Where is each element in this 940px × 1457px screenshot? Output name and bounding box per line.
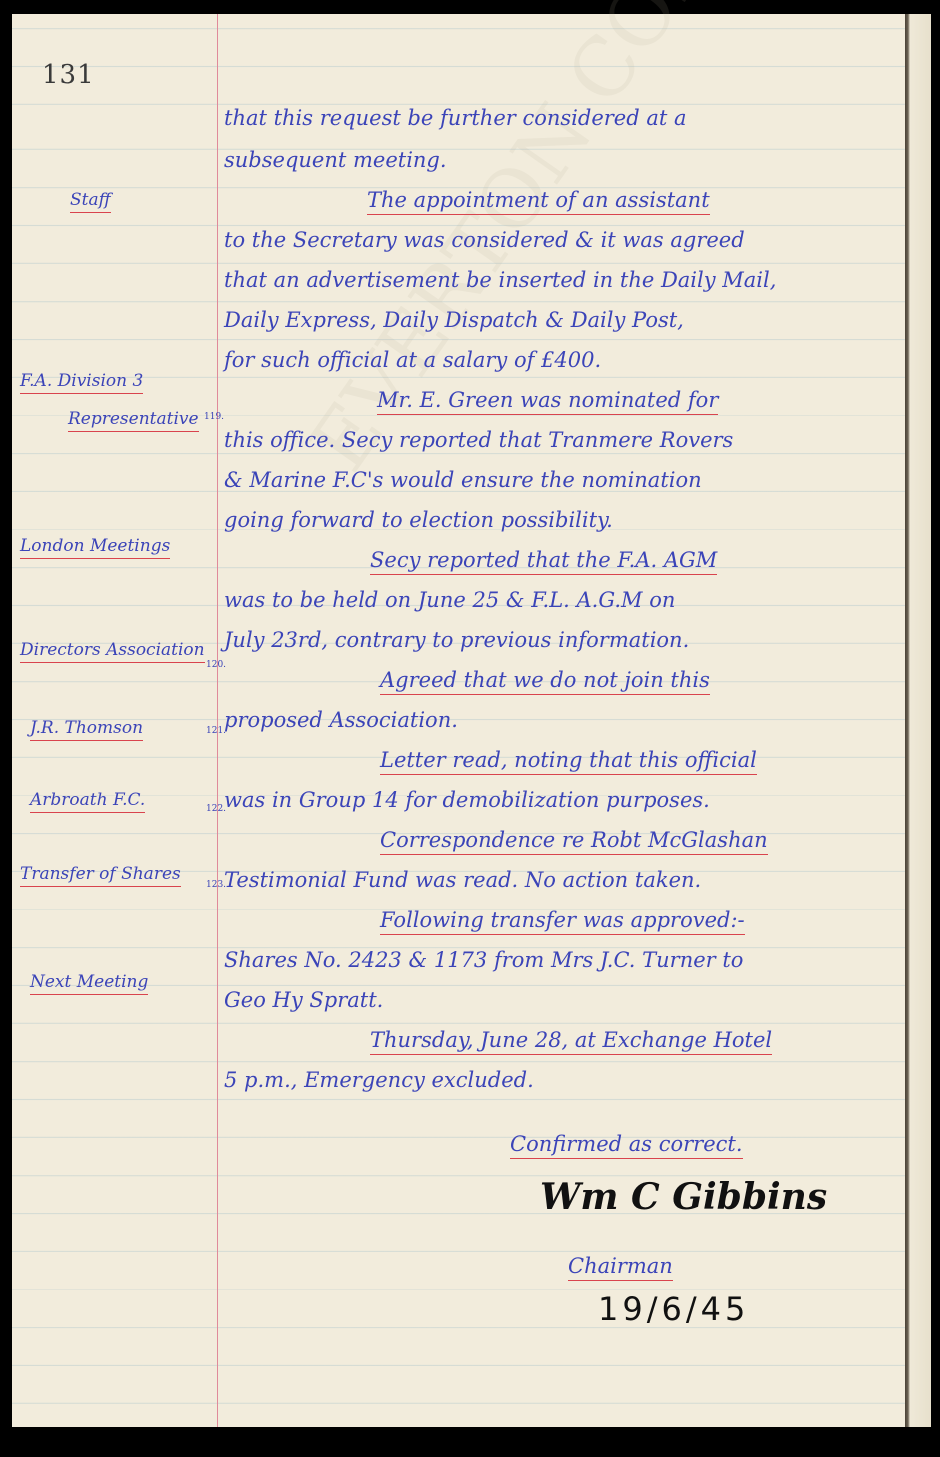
chairman-title: Chairman	[568, 1254, 673, 1281]
margin-note-jr-thomson: J.R. Thomson	[30, 718, 143, 741]
chairman-signature: Wm C Gibbins	[540, 1176, 827, 1218]
body-line: Daily Express, Daily Dispatch & Daily Po…	[224, 308, 684, 332]
body-line: Following transfer was approved:-	[380, 908, 745, 935]
margin-ref: 120.	[206, 660, 226, 670]
body-line: July 23rd, contrary to previous informat…	[224, 628, 689, 652]
book-binding-edge	[905, 14, 931, 1427]
body-line: Geo Hy Spratt.	[224, 988, 383, 1012]
body-line: proposed Association.	[224, 708, 458, 732]
body-line: The appointment of an assistant	[367, 188, 710, 215]
body-line: Secy reported that the F.A. AGM	[370, 548, 717, 575]
signature-date: 19/6/45	[598, 1290, 749, 1328]
body-line: 5 p.m., Emergency excluded.	[224, 1068, 534, 1092]
margin-note-london-meetings: London Meetings	[20, 536, 170, 559]
margin-note-arbroath: Arbroath F.C.	[30, 790, 145, 813]
body-line: Agreed that we do not join this	[380, 668, 710, 695]
body-line: & Marine F.C's would ensure the nominati…	[224, 468, 702, 492]
margin-ref: 119.	[204, 412, 224, 422]
ledger-page: EVERTON COLLECTION CHARITABLE TRUST 131 …	[12, 14, 905, 1427]
body-line: Testimonial Fund was read. No action tak…	[224, 868, 701, 892]
body-line: Mr. E. Green was nominated for	[377, 388, 718, 415]
body-line: Thursday, June 28, at Exchange Hotel	[370, 1028, 772, 1055]
margin-note-directors-association: Directors Association	[20, 640, 205, 663]
margin-rule	[217, 14, 218, 1427]
margin-note-transfer-of-shares: Transfer of Shares	[20, 864, 181, 887]
body-line: that an advertisement be inserted in the…	[224, 268, 776, 292]
body-line: was to be held on June 25 & F.L. A.G.M o…	[224, 588, 675, 612]
margin-note-next-meeting: Next Meeting	[30, 972, 148, 995]
body-line: subsequent meeting.	[224, 148, 447, 172]
margin-note-staff: Staff	[70, 190, 111, 213]
body-line: Letter read, noting that this official	[380, 748, 757, 775]
margin-note-fa-division: F.A. Division 3	[20, 371, 143, 394]
body-line: going forward to election possibility.	[224, 508, 613, 532]
body-line: this office. Secy reported that Tranmere…	[224, 428, 733, 452]
confirmation-text: Confirmed as correct.	[510, 1132, 743, 1159]
body-line: that this request be further considered …	[224, 106, 687, 130]
page-number: 131	[42, 60, 95, 90]
body-line: was in Group 14 for demobilization purpo…	[224, 788, 710, 812]
body-line: for such official at a salary of £400.	[224, 348, 601, 372]
body-line: Correspondence re Robt McGlashan	[380, 828, 768, 855]
margin-note-representative: Representative	[68, 409, 199, 432]
body-line: Shares No. 2423 & 1173 from Mrs J.C. Tur…	[224, 948, 743, 972]
body-line: to the Secretary was considered & it was…	[224, 228, 745, 252]
